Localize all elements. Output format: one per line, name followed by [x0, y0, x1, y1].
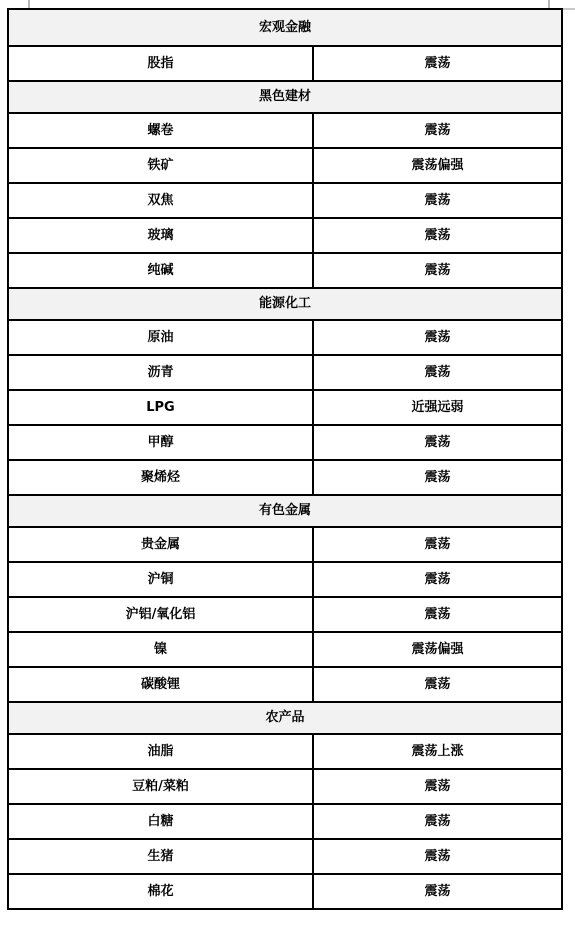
table-row: 生猪 震荡 [8, 839, 562, 874]
commodity-cell: 碳酸锂 [8, 667, 313, 702]
commodity-cell: 沥青 [8, 355, 313, 390]
commodity-cell: 铁矿 [8, 148, 313, 183]
trend-cell: 震荡 [313, 320, 562, 355]
table-row: 铁矿 震荡偏强 [8, 148, 562, 183]
table-row: 螺卷 震荡 [8, 113, 562, 148]
commodity-cell: 股指 [8, 46, 313, 81]
table-row: 油脂 震荡上涨 [8, 734, 562, 769]
section-title: 有色金属 [8, 495, 562, 527]
table-row: 甲醇 震荡 [8, 425, 562, 460]
table-row: 双焦 震荡 [8, 183, 562, 218]
table-row: 沥青 震荡 [8, 355, 562, 390]
table-row: 沪铜 震荡 [8, 562, 562, 597]
section-header-row: 黑色建材 [8, 81, 562, 113]
commodity-cell: 纯碱 [8, 253, 313, 288]
trend-cell: 震荡上涨 [313, 734, 562, 769]
table-row: 原油 震荡 [8, 320, 562, 355]
trend-cell: 震荡 [313, 804, 562, 839]
commodity-cell: 豆粕/菜粕 [8, 769, 313, 804]
trend-cell: 震荡 [313, 218, 562, 253]
commodity-cell: 镍 [8, 632, 313, 667]
trend-cell: 震荡 [313, 355, 562, 390]
section-header-row: 宏观金融 [8, 9, 562, 46]
table-row: 棉花 震荡 [8, 874, 562, 909]
section-title: 宏观金融 [8, 9, 562, 46]
section-title: 农产品 [8, 702, 562, 734]
table-row: LPG 近强远弱 [8, 390, 562, 425]
trend-cell: 震荡 [313, 253, 562, 288]
trend-cell: 震荡 [313, 460, 562, 495]
table-row: 股指 震荡 [8, 46, 562, 81]
trend-cell: 震荡 [313, 769, 562, 804]
trend-cell: 震荡 [313, 183, 562, 218]
table-row: 贵金属 震荡 [8, 527, 562, 562]
gridline-tail [561, 8, 575, 10]
commodity-cell: 生猪 [8, 839, 313, 874]
table-row: 碳酸锂 震荡 [8, 667, 562, 702]
trend-cell: 震荡 [313, 527, 562, 562]
market-trend-table: 宏观金融 股指 震荡 黑色建材 螺卷 震荡 铁矿 震荡偏强 双焦 震荡 [7, 8, 563, 910]
table-row: 镍 震荡偏强 [8, 632, 562, 667]
commodity-cell: 油脂 [8, 734, 313, 769]
section-header-row: 能源化工 [8, 288, 562, 320]
trend-cell: 震荡 [313, 874, 562, 909]
trend-cell: 震荡偏强 [313, 148, 562, 183]
commodity-cell: 沪铜 [8, 562, 313, 597]
commodity-cell: 白糖 [8, 804, 313, 839]
commodity-cell: 甲醇 [8, 425, 313, 460]
section-header-row: 农产品 [8, 702, 562, 734]
section-title: 能源化工 [8, 288, 562, 320]
commodity-cell: 玻璃 [8, 218, 313, 253]
document-page: 宏观金融 股指 震荡 黑色建材 螺卷 震荡 铁矿 震荡偏强 双焦 震荡 [0, 0, 575, 925]
table-row: 纯碱 震荡 [8, 253, 562, 288]
section-header-row: 有色金属 [8, 495, 562, 527]
table-row: 沪铝/氧化铝 震荡 [8, 597, 562, 632]
trend-cell: 震荡偏强 [313, 632, 562, 667]
trend-cell: 震荡 [313, 562, 562, 597]
commodity-cell: 贵金属 [8, 527, 313, 562]
trend-cell: 震荡 [313, 667, 562, 702]
commodity-cell: 原油 [8, 320, 313, 355]
commodity-cell: 双焦 [8, 183, 313, 218]
commodity-cell: 棉花 [8, 874, 313, 909]
trend-cell: 震荡 [313, 839, 562, 874]
table-row: 白糖 震荡 [8, 804, 562, 839]
commodity-cell: 螺卷 [8, 113, 313, 148]
table-row: 豆粕/菜粕 震荡 [8, 769, 562, 804]
trend-cell: 近强远弱 [313, 390, 562, 425]
trend-cell: 震荡 [313, 113, 562, 148]
commodity-cell: 聚烯烃 [8, 460, 313, 495]
trend-cell: 震荡 [313, 425, 562, 460]
commodity-cell: 沪铝/氧化铝 [8, 597, 313, 632]
commodity-cell: LPG [8, 390, 313, 425]
table-row: 玻璃 震荡 [8, 218, 562, 253]
trend-cell: 震荡 [313, 46, 562, 81]
trend-cell: 震荡 [313, 597, 562, 632]
table-row: 聚烯烃 震荡 [8, 460, 562, 495]
section-title: 黑色建材 [8, 81, 562, 113]
